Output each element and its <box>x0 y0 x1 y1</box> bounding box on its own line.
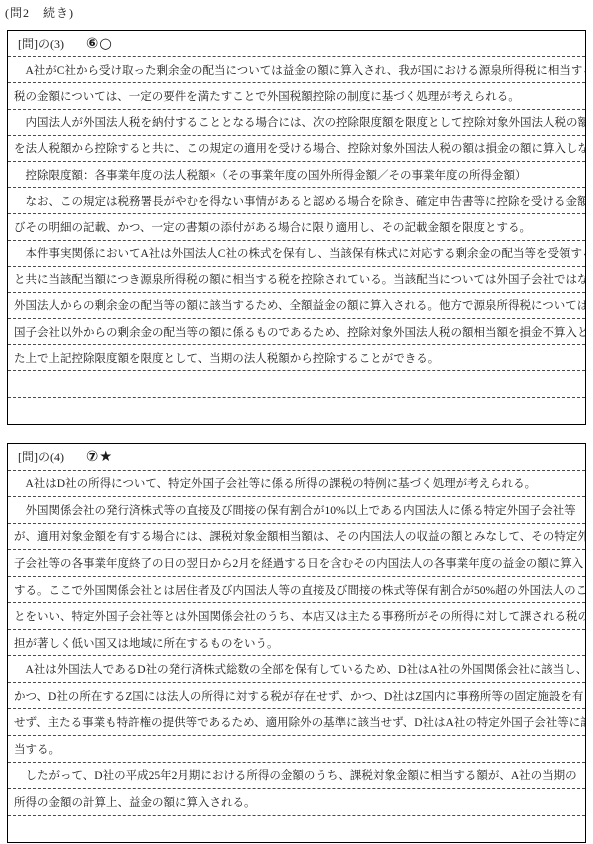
answer-row: 内国法人が外国法人税を納付することとなる場合には、次の控除限度額を限度として控除… <box>8 110 585 136</box>
grade-mark: ⑦★ <box>86 449 113 465</box>
answer-row: 外国法人からの剰余金の配当等の額に該当するため、全額益金の額に算入される。他方で… <box>8 293 585 319</box>
answer-row: A社がC社から受け取った剰余金の配当については益金の額に算入され、我が国における… <box>8 57 585 83</box>
answer-row: と共に当該配当額につき源泉所得税の額に相当する税を控除されている。当該配当につい… <box>8 267 585 293</box>
answer-row: 控除限度額：各事業年度の法人税額×（その事業年度の国外所得金額／その事業年度の所… <box>8 162 585 188</box>
answer-row: 税の金額については、一定の要件を満たすことで外国税額控除の制度に基づく処理が考え… <box>8 83 585 109</box>
answer-row: 担が著しく低い国又は地域に所在するものをいう。 <box>8 630 585 657</box>
grade-mark: ⑥○ <box>86 36 113 52</box>
answer-row: A社はD社の所得について、特定外国子会社等に係る所得の課税の特例に基づく処理が考… <box>8 471 585 498</box>
question-label: [問]の(3) <box>14 35 64 52</box>
answer-row: かつ、D社の所在するZ国には法人の所得に対する税が存在せず、かつ、D社はZ国内に… <box>8 683 585 710</box>
answer-row: したがって、D社の平成25年2月期における所得の金額のうち、課税対象金額に相当す… <box>8 763 585 790</box>
answer-table-q4: [問]の(4) ⑦★ A社はD社の所得について、特定外国子会社等に係る所得の課税… <box>7 443 586 843</box>
answer-row: 外国関係会社の発行済株式等の直接及び間接の保有割合が10%以上である内国法人に係… <box>8 497 585 524</box>
answer-row: 子会社等の各事業年度終了の日の翌日から2月を経過する日を含むその内国法人の各事業… <box>8 550 585 577</box>
answer-row: 本件事実関係においてA社は外国法人C社の株式を保有し、当該保有株式に対応する剰余… <box>8 241 585 267</box>
answer-row: 所得の金額の計算上、益金の額に算入される。 <box>8 789 585 816</box>
answer-row: なお、この規定は税務署長がやむを得ない事情があると認める場合を除き、確定申告書等… <box>8 188 585 214</box>
answer-row: とをいい、特定外国子会社等とは外国関係会社のうち、本店又は主たる事務所がその所得… <box>8 603 585 630</box>
page-title: (問2 続き) <box>5 4 74 21</box>
table-header-row: [問]の(3) ⑥○ <box>8 31 585 57</box>
answer-table-q3: [問]の(3) ⑥○ A社がC社から受け取った剰余金の配当については益金の額に算… <box>7 30 586 425</box>
answer-row-empty <box>8 398 585 424</box>
answer-row: た上で上記控除限度額を限度として、当期の法人税額から控除することができる。 <box>8 345 585 371</box>
answer-row: びその明細の記載、かつ、一定の書類の添付がある場合に限り適用し、その記載金額を限… <box>8 214 585 240</box>
answer-row: 当する。 <box>8 736 585 763</box>
answer-row-empty <box>8 371 585 397</box>
question-label: [問]の(4) <box>14 448 64 465</box>
table-header-row: [問]の(4) ⑦★ <box>8 444 585 471</box>
answer-row: A社は外国法人であるD社の発行済株式総数の全部を保有しているため、D社はA社の外… <box>8 656 585 683</box>
answer-row: 国子会社以外からの剰余金の配当等の額に係るものであるため、控除対象外国法人税の額… <box>8 319 585 345</box>
answer-row: が、適用対象金額を有する場合には、課税対象金額相当額は、その内国法人の収益の額と… <box>8 524 585 551</box>
answer-row: せず、主たる事業も特許権の提供等であるため、適用除外の基準に該当せず、D社はA社… <box>8 709 585 736</box>
answer-row: を法人税額から控除すると共に、この規定の適用を受ける場合、控除対象外国法人税の額… <box>8 136 585 162</box>
answer-row: する。ここで外国関係会社とは居住者及び内国法人等の直接及び間接の株式等保有割合が… <box>8 577 585 604</box>
answer-row-empty <box>8 816 585 843</box>
